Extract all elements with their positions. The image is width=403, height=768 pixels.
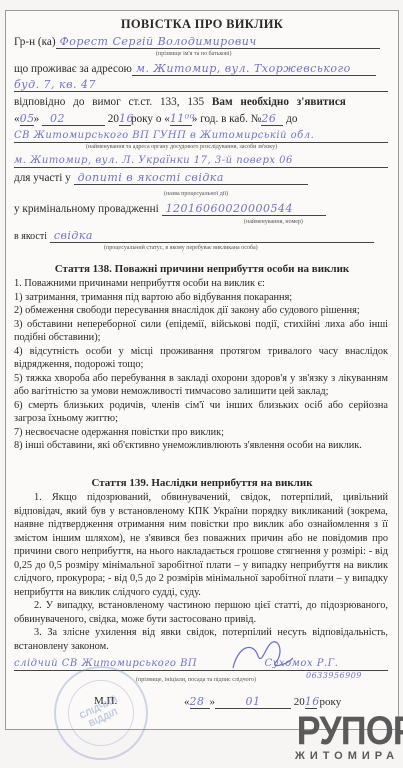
- investigator-phone: 0633956909: [306, 671, 362, 680]
- address-row: що проживає за адресоюм. Житомир, вул. Т…: [14, 62, 390, 76]
- address-label: що проживає за адресою: [14, 63, 132, 75]
- appointment-year-word: року о «: [131, 113, 170, 125]
- article-138-item: 4) відсутність особи у місці проживання …: [14, 345, 388, 372]
- citizen-label: Гр-н (ка): [14, 36, 56, 48]
- article-139-title: Стаття 139. Наслідки неприбуття на викли…: [6, 477, 398, 489]
- authority-value: СВ Житомирського ВП ГУНП в Житомирській …: [14, 129, 388, 143]
- authority-address-row: м. Житомир, вул. Л. Українки 17, 3-й пов…: [14, 154, 390, 168]
- article-138-intro: 1. Поважними причинами неприбуття особи …: [14, 277, 388, 291]
- stamp-text: СЛІДЧИЙ ВІДДІЛ: [57, 669, 145, 757]
- article-139-body: 1. Якщо підозрюваний, обвинувачений, сві…: [14, 491, 388, 653]
- investigator-value: слідчий СВ Житомирського ВП Сухомох Р.Г.: [14, 657, 388, 671]
- requirement-bold: Вам необхідно з'явитися: [212, 96, 346, 108]
- official-stamp-icon: СЛІДЧИЙ ВІДДІЛ: [54, 666, 148, 760]
- appointment-room-suffix: до: [286, 113, 297, 125]
- article-138-item: 8) інші обставини, які об'єктивно унемож…: [14, 439, 388, 453]
- address-value-2: буд. 7, кв. 47: [14, 78, 388, 92]
- participation-caption: (назва процесуальної дії): [164, 191, 228, 197]
- appointment-time-suffix: » год. в каб. №: [192, 113, 262, 125]
- article-138-item: 7) несвоєчасне одержання повістки про ви…: [14, 426, 388, 440]
- appointment-year-suffix: 16: [119, 112, 131, 126]
- signature-caption: (прізвище, ініціали, посада та підпис сл…: [136, 677, 256, 683]
- issue-year-suffix: 16: [305, 695, 317, 709]
- address-row-2: буд. 7, кв. 47: [14, 78, 390, 92]
- appointment-year-prefix: 20: [108, 113, 119, 125]
- address-value-1: м. Житомир, вул. Тхоржевського: [132, 62, 376, 76]
- article-139-paragraph: 3. За злісне ухилення від явки свідок, п…: [14, 626, 388, 653]
- requirement-text: відповідно до вимог ст.ст. 133, 135: [14, 96, 204, 108]
- citizen-caption: (прізвище ім'я та по батькові): [156, 51, 231, 57]
- status-row: в якості свідка: [14, 229, 390, 243]
- issue-year-word: року: [320, 696, 342, 708]
- citizen-value: Форест Сергій Володимирович: [56, 35, 380, 49]
- article-138-item: 1) затримання, тримання під вартою або в…: [14, 291, 388, 305]
- authority-row: СВ Житомирського ВП ГУНП в Житомирській …: [14, 129, 390, 143]
- status-caption: (процесуальний статус, в якому перебуває…: [104, 245, 258, 251]
- summons-sheet: ПОВІСТКА ПРО ВИКЛИК Гр-н (ка)Форест Серг…: [5, 10, 399, 730]
- issue-month: 01: [215, 695, 291, 709]
- article-139-paragraph: 1. Якщо підозрюваний, обвинувачений, сві…: [14, 491, 388, 599]
- article-138-body: 1. Поважними причинами неприбуття особи …: [14, 277, 388, 453]
- article-138-item: 5) тяжка хвороба або перебування в закла…: [14, 372, 388, 399]
- case-label: у кримінальному провадженні: [14, 203, 159, 215]
- article-138-item: 3) обставини непереборної сили (епідемії…: [14, 318, 388, 345]
- article-138-item: 2) обмеження свободи пересування внаслід…: [14, 304, 388, 318]
- authority-address: м. Житомир, вул. Л. Українки 17, 3-й пов…: [14, 154, 388, 168]
- signature-icon: [228, 636, 298, 676]
- appointment-time: 11⁰⁰: [170, 112, 192, 126]
- article-139-paragraph: 2. У випадку, встановленому частиною пер…: [14, 599, 388, 626]
- watermark-main: РУПОР: [297, 712, 398, 750]
- participation-row: для участі у допиті в якості свідка: [14, 171, 390, 185]
- article-138-item: 6) смерть близьких родичів, членів сім'ї…: [14, 399, 388, 426]
- case-value: 12016060020000544: [162, 202, 326, 216]
- case-caption: (найменування, номер): [244, 219, 303, 225]
- participation-value: допиті в якості свідка: [74, 171, 308, 185]
- status-label: в якості: [14, 231, 47, 242]
- citizen-row: Гр-н (ка)Форест Сергій Володимирович: [14, 35, 390, 49]
- article-138-title: Стаття 138. Поважні причини неприбуття о…: [6, 263, 398, 275]
- appointment-day: 05: [20, 112, 34, 126]
- issue-day: 28: [190, 695, 210, 709]
- requirement-row: відповідно до вимог ст.ст. 133, 135 Вам …: [14, 96, 390, 109]
- investigator-row: слідчий СВ Житомирського ВП Сухомох Р.Г.: [14, 657, 390, 671]
- document-title: ПОВІСТКА ПРО ВИКЛИК: [6, 17, 398, 32]
- issue-year-prefix: 20: [294, 696, 305, 708]
- appointment-month: 02: [42, 112, 105, 126]
- appointment-room: 26: [261, 112, 283, 126]
- case-row: у кримінальному провадженні 120160600200…: [14, 202, 390, 216]
- authority-caption: (найменування та адреса органу досудовог…: [86, 144, 277, 150]
- status-value: свідка: [50, 229, 374, 243]
- watermark-logo: РУПОР ЖИТОМИРА: [291, 712, 403, 762]
- participation-label: для участі у: [14, 172, 71, 184]
- appointment-row: «05» 02 2016року о «11⁰⁰» год. в каб. №2…: [14, 112, 390, 126]
